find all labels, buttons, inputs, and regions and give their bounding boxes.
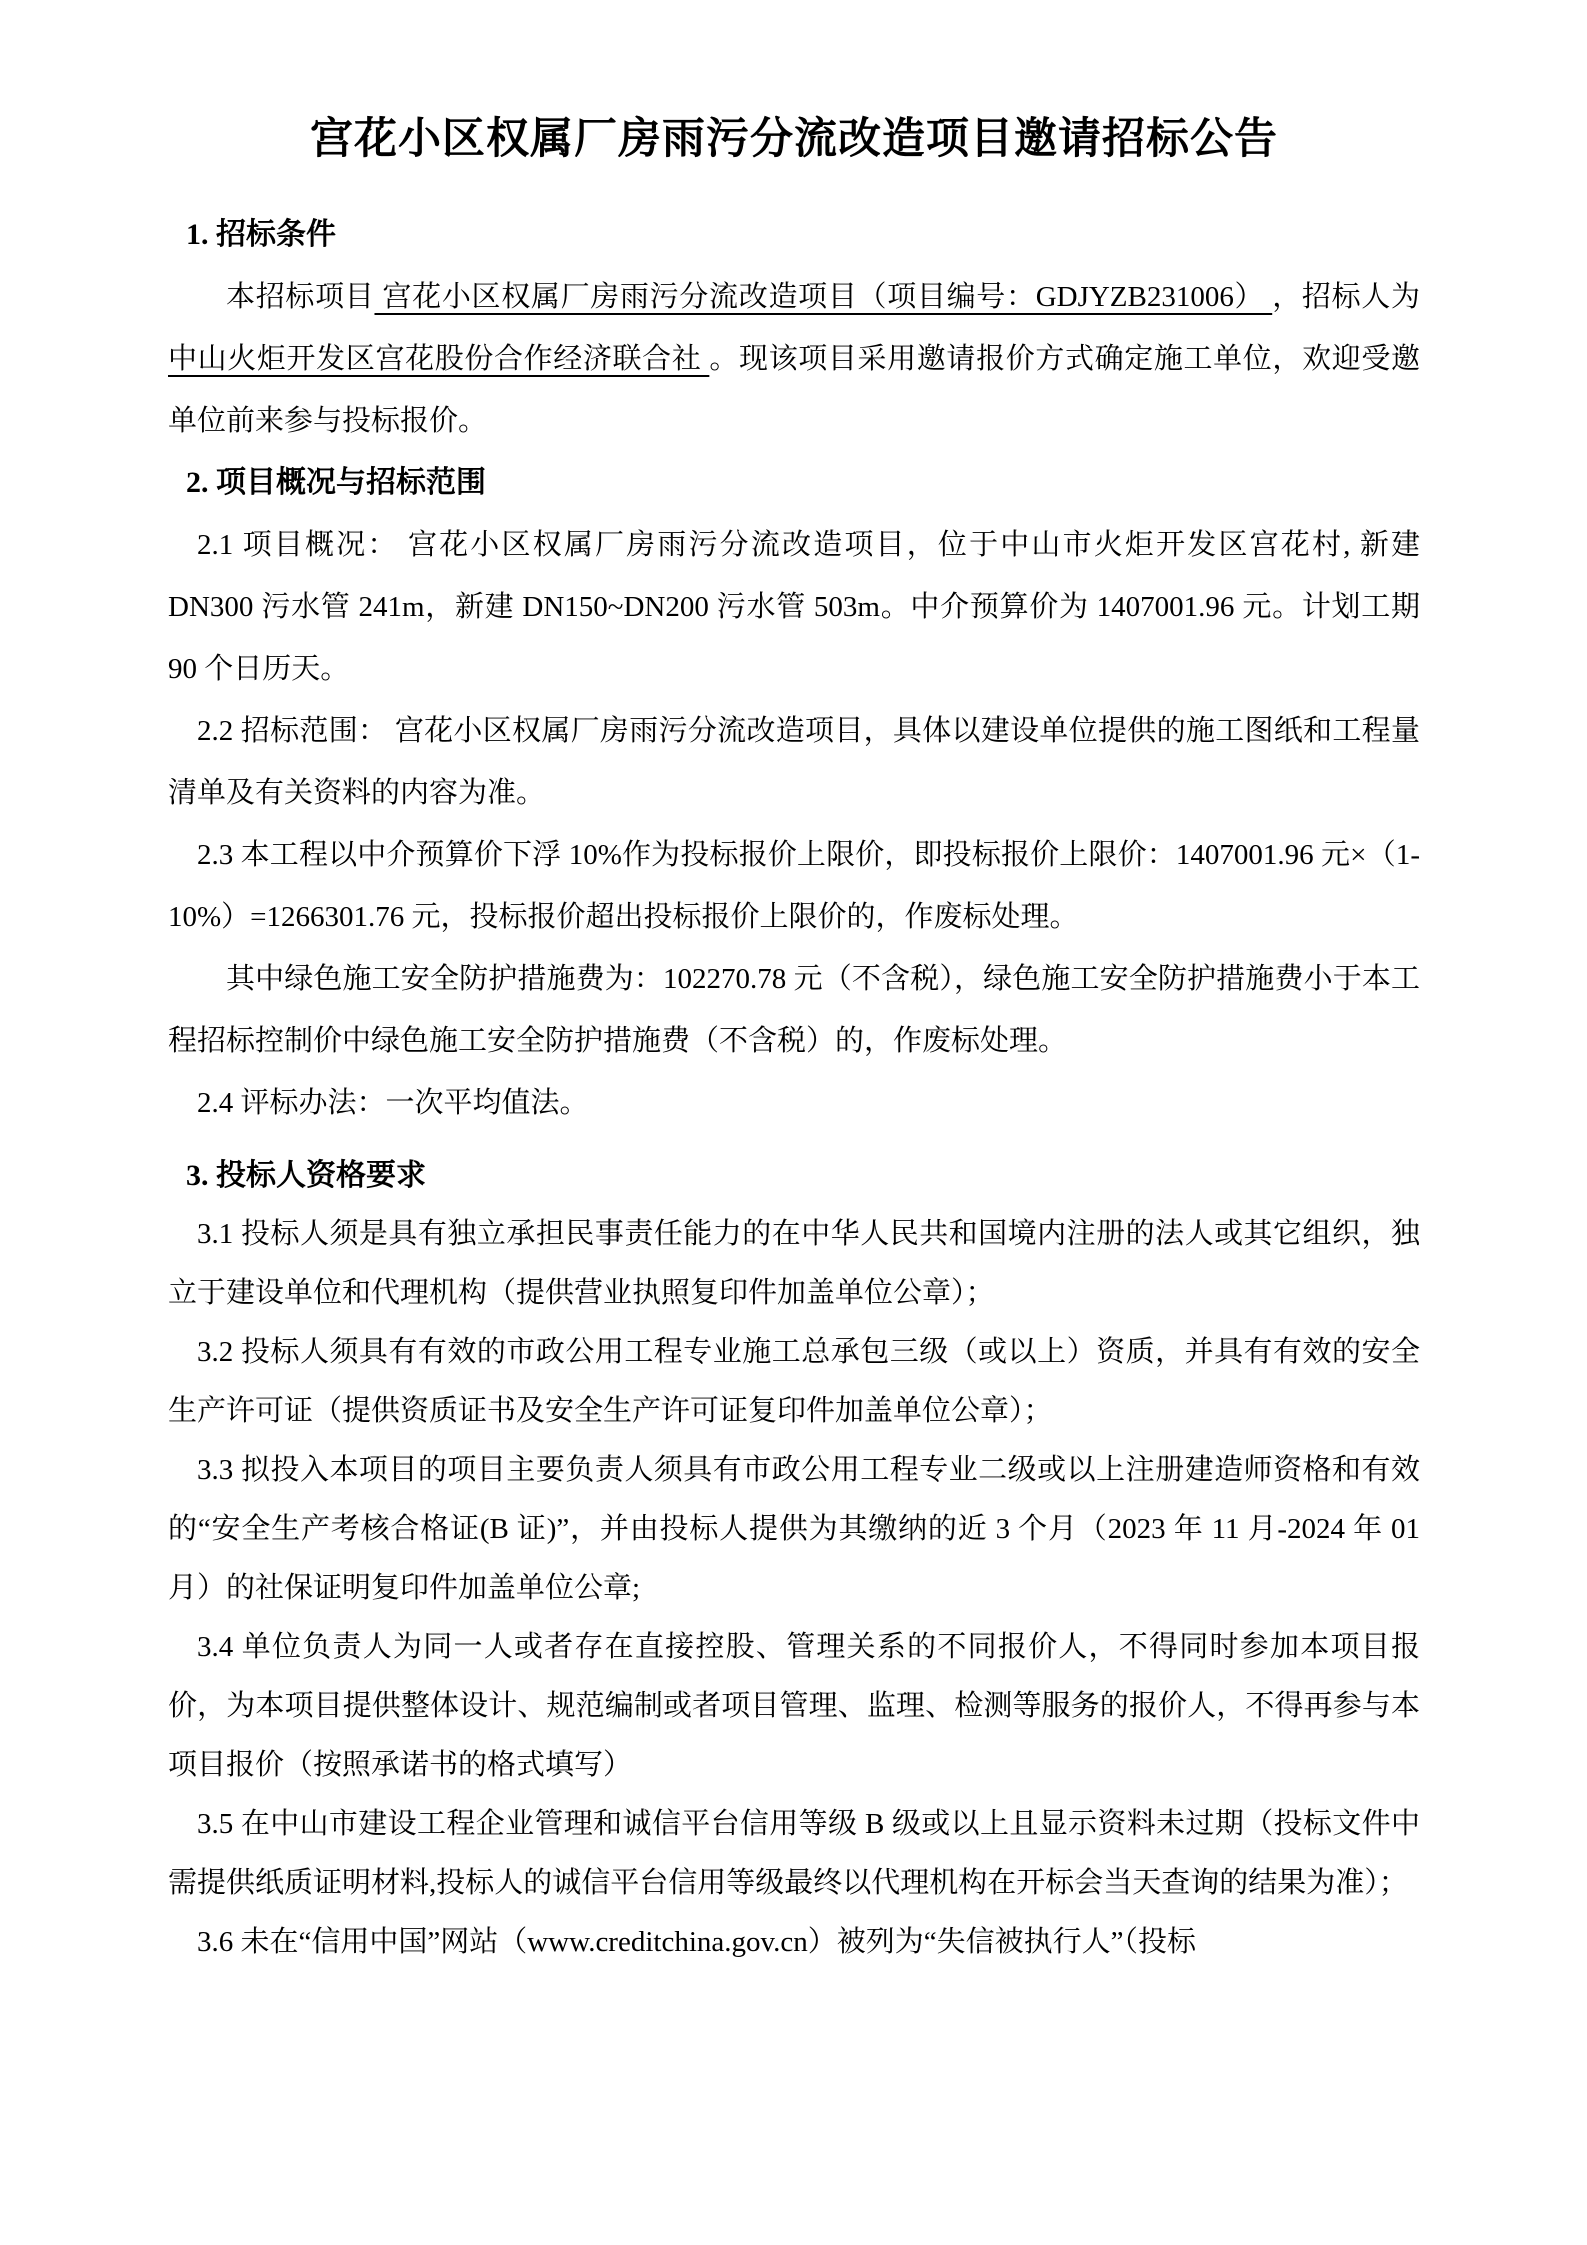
section-bidder-qualifications: 3. 投标人资格要求 3.1 投标人须是具有独立承担民事责任能力的在中华人民共和…: [168, 1146, 1420, 1972]
para-3-3-project-leader: 3.3 拟投入本项目的项目主要负责人须具有市政公用工程专业二级或以上注册建造师资…: [168, 1441, 1420, 1618]
p1-project-name-underlined: 宫花小区权属厂房雨污分流改造项目（项目编号：GDJYZB231006）: [374, 281, 1272, 313]
tender-conditions-paragraph: 本招标项目 宫花小区权属厂房雨污分流改造项目（项目编号：GDJYZB231006…: [168, 266, 1420, 452]
para-2-2-tender-scope: 2.2 招标范围： 宫花小区权属厂房雨污分流改造项目，具体以建设单位提供的施工图…: [168, 700, 1420, 824]
section-2-heading: 2. 项目概况与招标范围: [168, 452, 1420, 514]
para-2-3-green-safety-fee: 其中绿色施工安全防护措施费为：102270.78 元（不含税），绿色施工安全防护…: [168, 948, 1420, 1072]
para-3-1-legal-entity: 3.1 投标人须是具有独立承担民事责任能力的在中华人民共和国境内注册的法人或其它…: [168, 1205, 1420, 1323]
para-3-2-qualification-grade: 3.2 投标人须具有有效的市政公用工程专业施工总承包三级（或以上）资质，并具有有…: [168, 1323, 1420, 1441]
para-3-6-creditchina: 3.6 未在“信用中国”网站（www.creditchina.gov.cn）被列…: [168, 1913, 1420, 1972]
section-tender-conditions: 1. 招标条件 本招标项目 宫花小区权属厂房雨污分流改造项目（项目编号：GDJY…: [168, 204, 1420, 452]
section-project-overview-and-scope: 2. 项目概况与招标范围 2.1 项目概况： 宫花小区权属厂房雨污分流改造项目，…: [168, 452, 1420, 1134]
para-2-1-project-overview: 2.1 项目概况： 宫花小区权属厂房雨污分流改造项目，位于中山市火炬开发区宫花村…: [168, 514, 1420, 700]
section-3-heading: 3. 投标人资格要求: [168, 1146, 1420, 1205]
para-3-5-credit-rating: 3.5 在中山市建设工程企业管理和诚信平台信用等级 B 级或以上且显示资料未过期…: [168, 1795, 1420, 1913]
p1-lead-text: 本招标项目: [226, 281, 374, 313]
para-2-4-evaluation-method: 2.4 评标办法：一次平均值法。: [168, 1072, 1420, 1134]
section-1-heading: 1. 招标条件: [168, 204, 1420, 266]
document-page: 宫花小区权属厂房雨污分流改造项目邀请招标公告 1. 招标条件 本招标项目 宫花小…: [0, 0, 1587, 2245]
p1-tenderee-underlined: 中山火炬开发区宫花股份合作经济联合社: [168, 343, 709, 375]
document-title: 宫花小区权属厂房雨污分流改造项目邀请招标公告: [168, 112, 1420, 168]
para-3-4-same-person-restriction: 3.4 单位负责人为同一人或者存在直接控股、管理关系的不同报价人，不得同时参加本…: [168, 1618, 1420, 1795]
p1-mid-text: ，招标人为: [1272, 281, 1420, 313]
para-2-3-price-cap: 2.3 本工程以中介预算价下浮 10%作为投标报价上限价，即投标报价上限价：14…: [168, 824, 1420, 948]
